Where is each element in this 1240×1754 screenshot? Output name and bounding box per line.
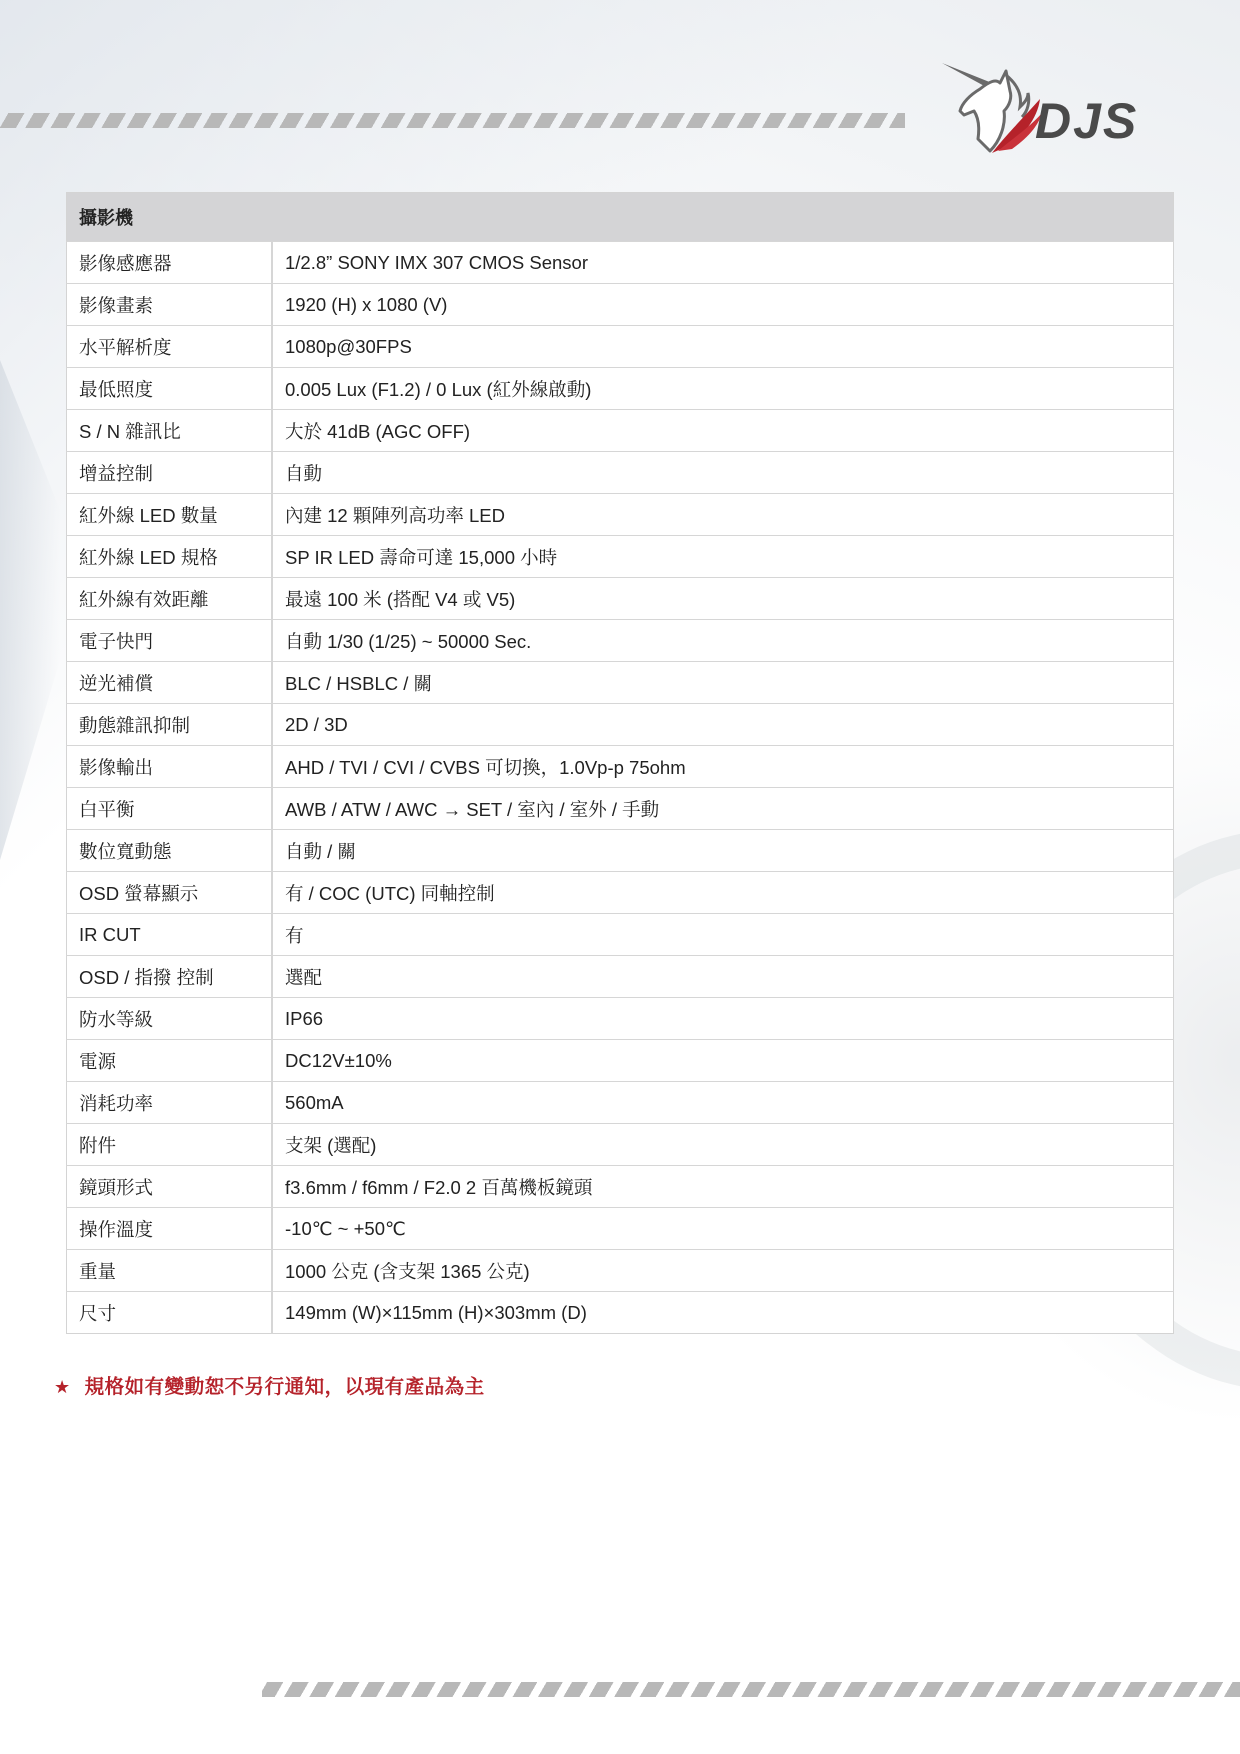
- spec-label: 動態雜訊抑制: [67, 704, 273, 746]
- spec-value: 自動 / 關: [272, 830, 1174, 872]
- spec-label: 最低照度: [67, 368, 273, 410]
- spec-value: 大於 41dB (AGC OFF): [272, 410, 1174, 452]
- spec-label: IR CUT: [67, 914, 273, 956]
- spec-label: 逆光補償: [67, 662, 273, 704]
- spec-value: AHD / TVI / CVI / CVBS 可切換，1.0Vp-p 75ohm: [272, 746, 1174, 788]
- spec-label: 影像感應器: [67, 242, 273, 284]
- spec-value: IP66: [272, 998, 1174, 1040]
- spec-value: 1920 (H) x 1080 (V): [272, 284, 1174, 326]
- spec-value: 0.005 Lux (F1.2) / 0 Lux (紅外線啟動): [272, 368, 1174, 410]
- spec-value: 2D / 3D: [272, 704, 1174, 746]
- header-stripe-divider: [0, 113, 905, 128]
- table-row: 操作溫度-10℃ ~ +50℃: [67, 1208, 1174, 1250]
- table-row: 電源DC12V±10%: [67, 1040, 1174, 1082]
- table-row: 白平衡AWB / ATW / AWC → SET / 室內 / 室外 / 手動: [67, 788, 1174, 830]
- table-row: 電子快門自動 1/30 (1/25) ~ 50000 Sec.: [67, 620, 1174, 662]
- spec-label: 水平解析度: [67, 326, 273, 368]
- table-row: 紅外線 LED 規格SP IR LED 壽命可達 15,000 小時: [67, 536, 1174, 578]
- spec-value: DC12V±10%: [272, 1040, 1174, 1082]
- spec-value: -10℃ ~ +50℃: [272, 1208, 1174, 1250]
- spec-label: 影像輸出: [67, 746, 273, 788]
- spec-value: BLC / HSBLC / 關: [272, 662, 1174, 704]
- spec-label: 附件: [67, 1124, 273, 1166]
- spec-label: OSD 螢幕顯示: [67, 872, 273, 914]
- spec-label: 操作溫度: [67, 1208, 273, 1250]
- spec-value: 有: [272, 914, 1174, 956]
- footer-stripe-divider: [262, 1682, 1240, 1697]
- spec-value: 1080p@30FPS: [272, 326, 1174, 368]
- spec-table-title: 攝影機: [67, 193, 1174, 242]
- table-row: 數位寬動態自動 / 關: [67, 830, 1174, 872]
- table-row: 防水等級IP66: [67, 998, 1174, 1040]
- spec-label: 消耗功率: [67, 1082, 273, 1124]
- spec-label: 重量: [67, 1250, 273, 1292]
- spec-label: 紅外線 LED 數量: [67, 494, 273, 536]
- spec-label: 增益控制: [67, 452, 273, 494]
- spec-label: 鏡頭形式: [67, 1166, 273, 1208]
- spec-label: 影像畫素: [67, 284, 273, 326]
- star-icon: ★: [54, 1377, 71, 1397]
- spec-value: 選配: [272, 956, 1174, 998]
- spec-label: 電子快門: [67, 620, 273, 662]
- table-row: S / N 雜訊比大於 41dB (AGC OFF): [67, 410, 1174, 452]
- spec-label: 電源: [67, 1040, 273, 1082]
- table-row: OSD / 指撥 控制選配: [67, 956, 1174, 998]
- table-row: 紅外線 LED 數量內建 12 顆陣列高功率 LED: [67, 494, 1174, 536]
- disclaimer-text: 規格如有變動恕不另行通知，以現有產品為主: [85, 1376, 485, 1398]
- table-row: 水平解析度1080p@30FPS: [67, 326, 1174, 368]
- table-row: 增益控制自動: [67, 452, 1174, 494]
- disclaimer-note: ★規格如有變動恕不另行通知，以現有產品為主: [54, 1371, 485, 1399]
- table-row: 消耗功率560mA: [67, 1082, 1174, 1124]
- spec-value: AWB / ATW / AWC → SET / 室內 / 室外 / 手動: [272, 788, 1174, 830]
- spec-label: 白平衡: [67, 788, 273, 830]
- spec-value: 有 / COC (UTC) 同軸控制: [272, 872, 1174, 914]
- spec-label: OSD / 指撥 控制: [67, 956, 273, 998]
- spec-label: 紅外線有效距離: [67, 578, 273, 620]
- spec-value: 1/2.8” SONY IMX 307 CMOS Sensor: [272, 242, 1174, 284]
- spec-value: 自動: [272, 452, 1174, 494]
- spec-value: 1000 公克 (含支架 1365 公克): [272, 1250, 1174, 1292]
- spec-value: 自動 1/30 (1/25) ~ 50000 Sec.: [272, 620, 1174, 662]
- spec-value: 149mm (W)×115mm (H)×303mm (D): [272, 1292, 1174, 1334]
- spec-label: 紅外線 LED 規格: [67, 536, 273, 578]
- table-row: 附件支架 (選配): [67, 1124, 1174, 1166]
- table-row: 影像畫素1920 (H) x 1080 (V): [67, 284, 1174, 326]
- table-row: 影像感應器1/2.8” SONY IMX 307 CMOS Sensor: [67, 242, 1174, 284]
- spec-value: 最遠 100 米 (搭配 V4 或 V5): [272, 578, 1174, 620]
- spec-table-body: 影像感應器1/2.8” SONY IMX 307 CMOS Sensor影像畫素…: [67, 242, 1174, 1334]
- table-row: 重量1000 公克 (含支架 1365 公克): [67, 1250, 1174, 1292]
- table-row: 鏡頭形式f3.6mm / f6mm / F2.0 2 百萬機板鏡頭: [67, 1166, 1174, 1208]
- table-row: 最低照度0.005 Lux (F1.2) / 0 Lux (紅外線啟動): [67, 368, 1174, 410]
- table-row: 逆光補償BLC / HSBLC / 關: [67, 662, 1174, 704]
- spec-value: f3.6mm / f6mm / F2.0 2 百萬機板鏡頭: [272, 1166, 1174, 1208]
- table-row: 動態雜訊抑制2D / 3D: [67, 704, 1174, 746]
- spec-label: 數位寬動態: [67, 830, 273, 872]
- spec-value: 支架 (選配): [272, 1124, 1174, 1166]
- spec-table: 攝影機 影像感應器1/2.8” SONY IMX 307 CMOS Sensor…: [66, 192, 1174, 1334]
- spec-label: 防水等級: [67, 998, 273, 1040]
- table-row: 尺寸149mm (W)×115mm (H)×303mm (D): [67, 1292, 1174, 1334]
- spec-label: 尺寸: [67, 1292, 273, 1334]
- table-row: OSD 螢幕顯示有 / COC (UTC) 同軸控制: [67, 872, 1174, 914]
- table-row: 紅外線有效距離最遠 100 米 (搭配 V4 或 V5): [67, 578, 1174, 620]
- spec-value: SP IR LED 壽命可達 15,000 小時: [272, 536, 1174, 578]
- brand-name: DJS: [1035, 92, 1138, 150]
- spec-value: 內建 12 顆陣列高功率 LED: [272, 494, 1174, 536]
- table-row: 影像輸出AHD / TVI / CVI / CVBS 可切換，1.0Vp-p 7…: [67, 746, 1174, 788]
- background-decoration: [0, 360, 60, 860]
- spec-label: S / N 雜訊比: [67, 410, 273, 452]
- spec-value: 560mA: [272, 1082, 1174, 1124]
- table-row: IR CUT有: [67, 914, 1174, 956]
